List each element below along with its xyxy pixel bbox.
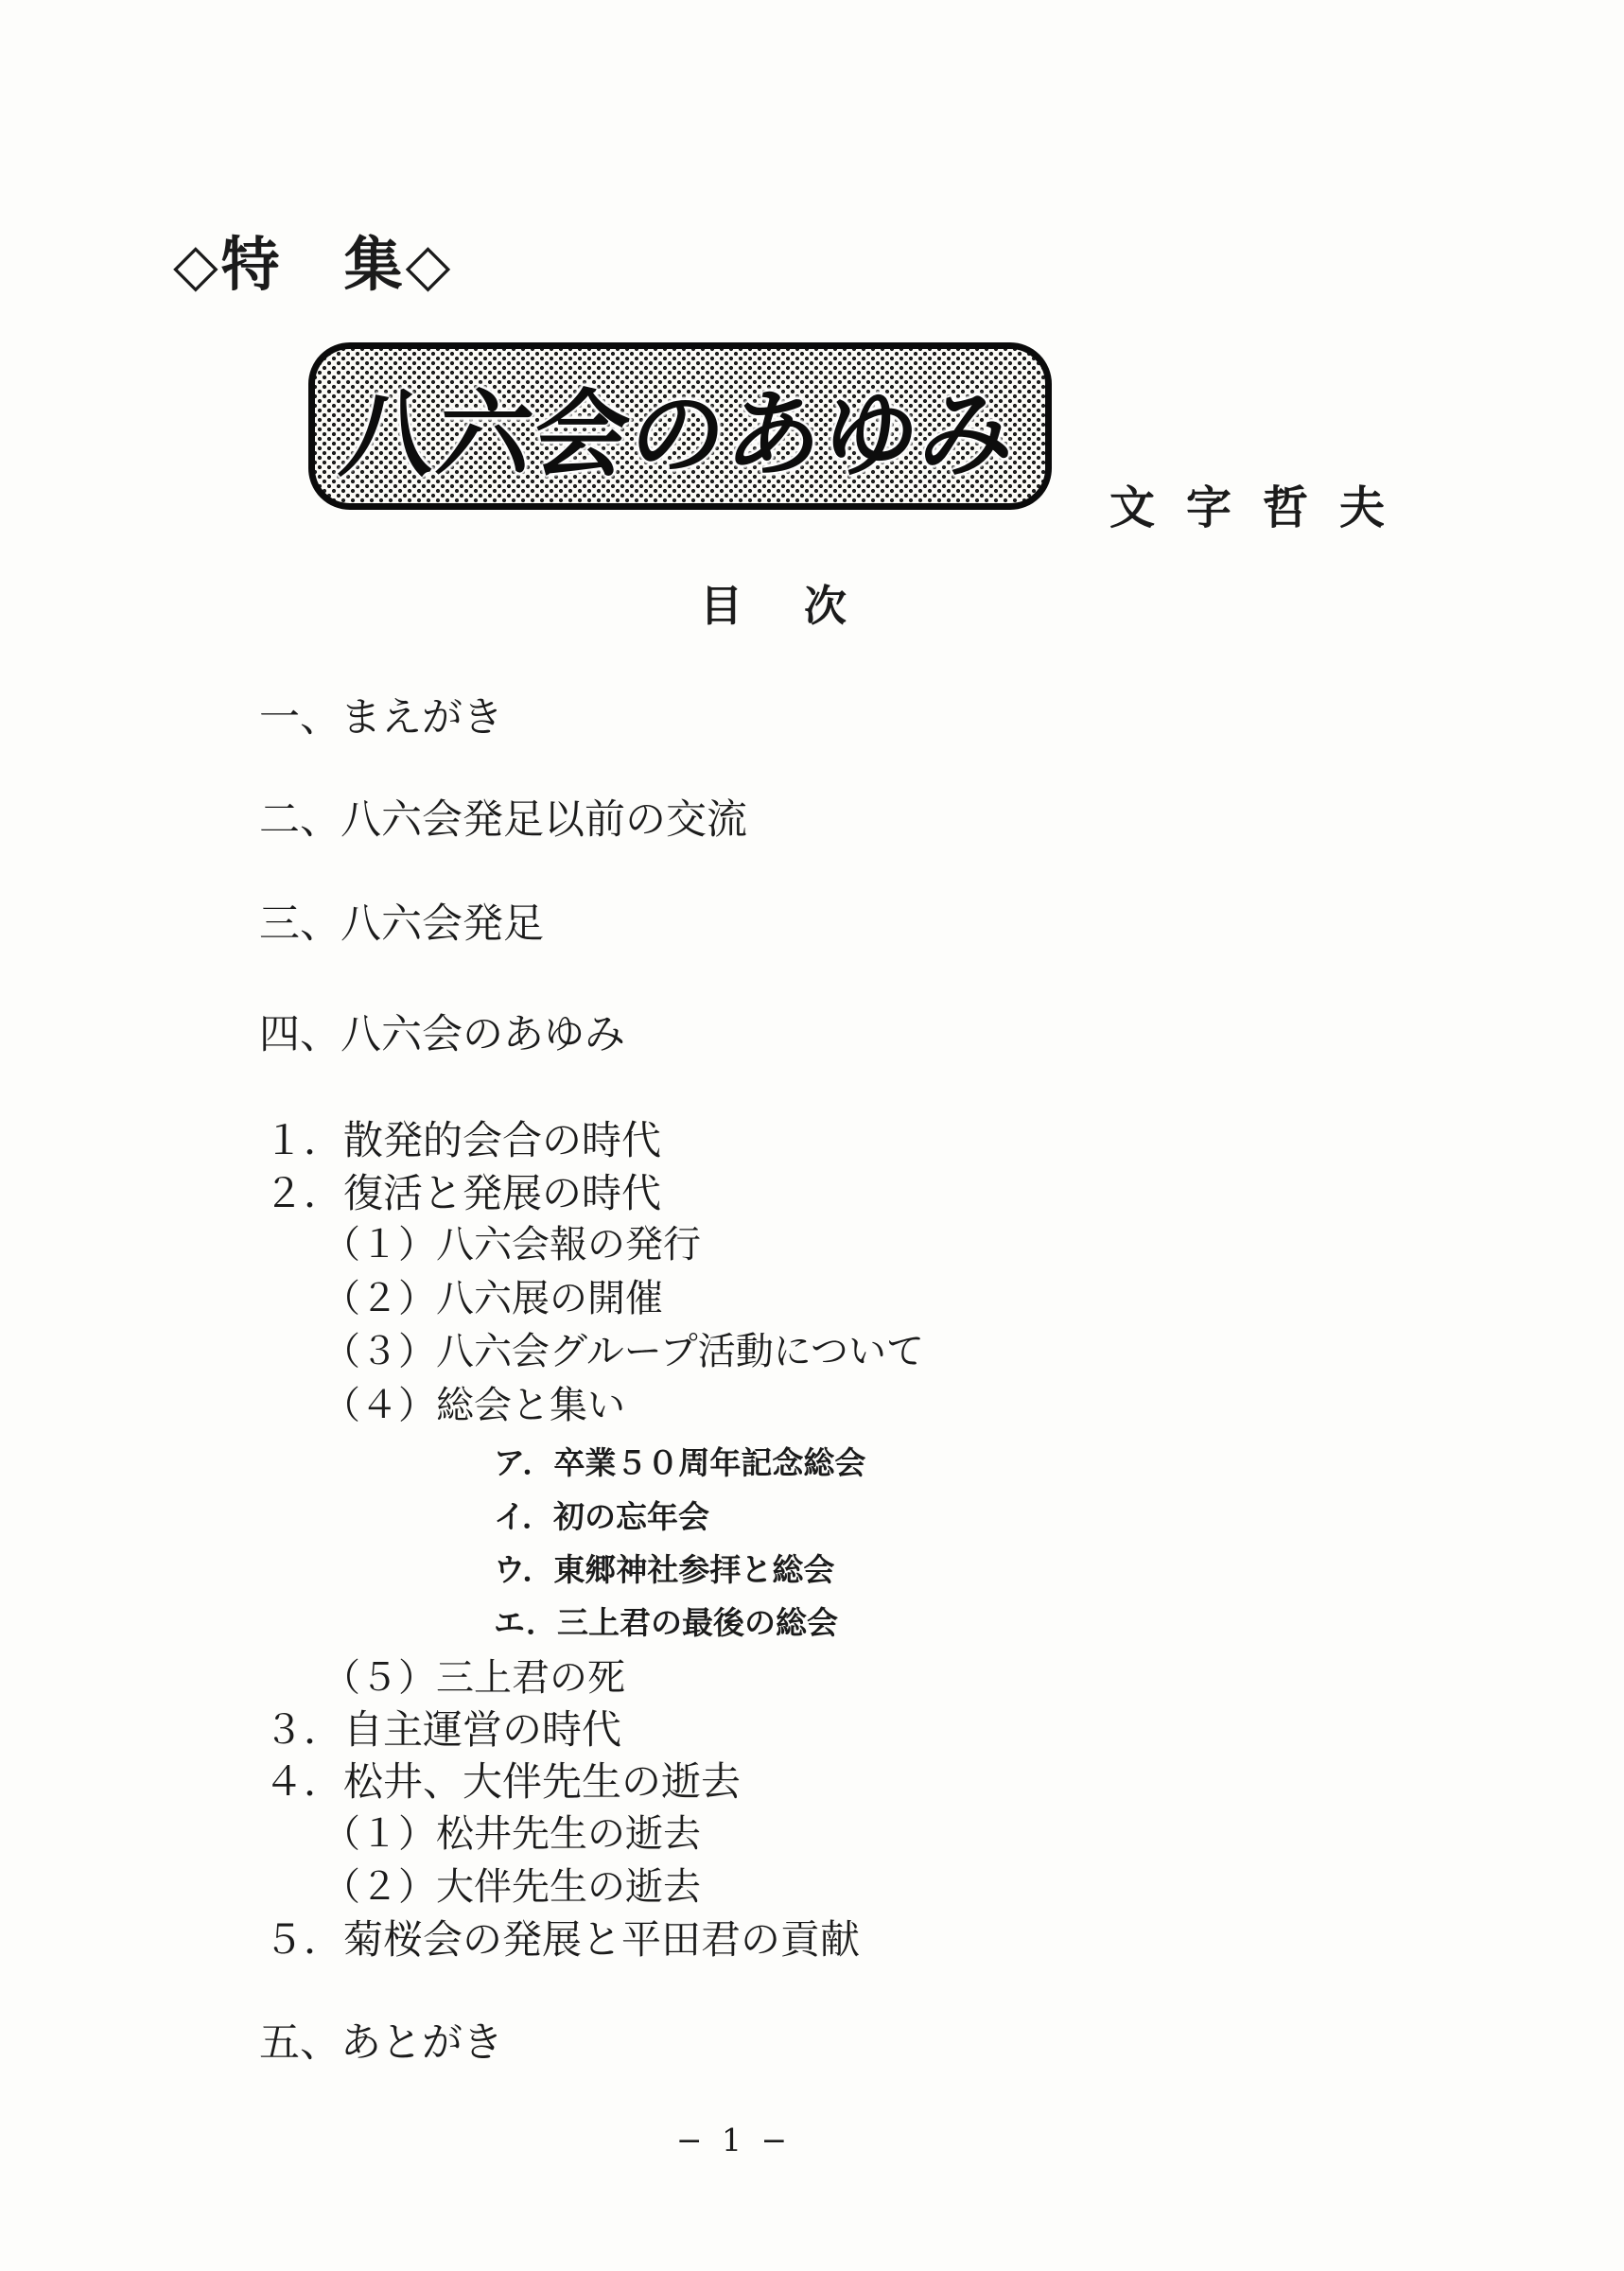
document-page: ◇特 集◇ 八六会のあゆみ 文字哲夫 目 次 一、まえがき 二、八六会発足以前の… [0, 0, 1624, 2271]
toc-item: ４．松井、大伴先生の逝去 [264, 1759, 741, 1805]
toc-item: イ．初の忘年会 [494, 1499, 709, 1535]
toc-item: （３）八六会グループ活動について [323, 1330, 924, 1373]
toc-item: エ．三上君の最後の総会 [494, 1605, 838, 1641]
toc-item: （１）八六会報の発行 [323, 1223, 701, 1267]
section-header: ◇特 集◇ [173, 233, 453, 297]
toc-item: 三、八六会発足 [259, 901, 544, 948]
toc-item: ア．卒業５０周年記念総会 [494, 1445, 865, 1481]
toc-item: ２．復活と発展の時代 [264, 1171, 661, 1216]
title-box: 八六会のあゆみ [308, 342, 1052, 510]
page-title: 八六会のあゆみ [334, 358, 1026, 495]
toc-item: （２）大伴先生の逝去 [323, 1865, 701, 1909]
toc-item: （４）総会と集い [323, 1384, 625, 1427]
page-number: − 1 − [0, 2122, 1468, 2158]
toc-heading: 目 次 [700, 571, 856, 633]
author-name: 文字哲夫 [1109, 471, 1416, 536]
toc-item: （１）松井先生の逝去 [323, 1812, 701, 1856]
toc-item: 四、八六会のあゆみ [259, 1012, 625, 1058]
toc-item: 二、八六会発足以前の交流 [259, 797, 747, 844]
toc-item: ウ．東郷神社参拝と総会 [494, 1552, 834, 1588]
toc-item: 一、まえがき [259, 695, 503, 742]
toc-item: 五、あとがき [259, 2020, 503, 2067]
toc-item: ３．自主運営の時代 [264, 1707, 621, 1753]
toc-item: （２）八六展の開催 [323, 1277, 663, 1320]
toc-item: （５）三上君の死 [323, 1656, 625, 1700]
toc-item: ５．菊桜会の発展と平田君の貢献 [264, 1917, 860, 1963]
toc-item: １．散発的会合の時代 [264, 1118, 661, 1163]
